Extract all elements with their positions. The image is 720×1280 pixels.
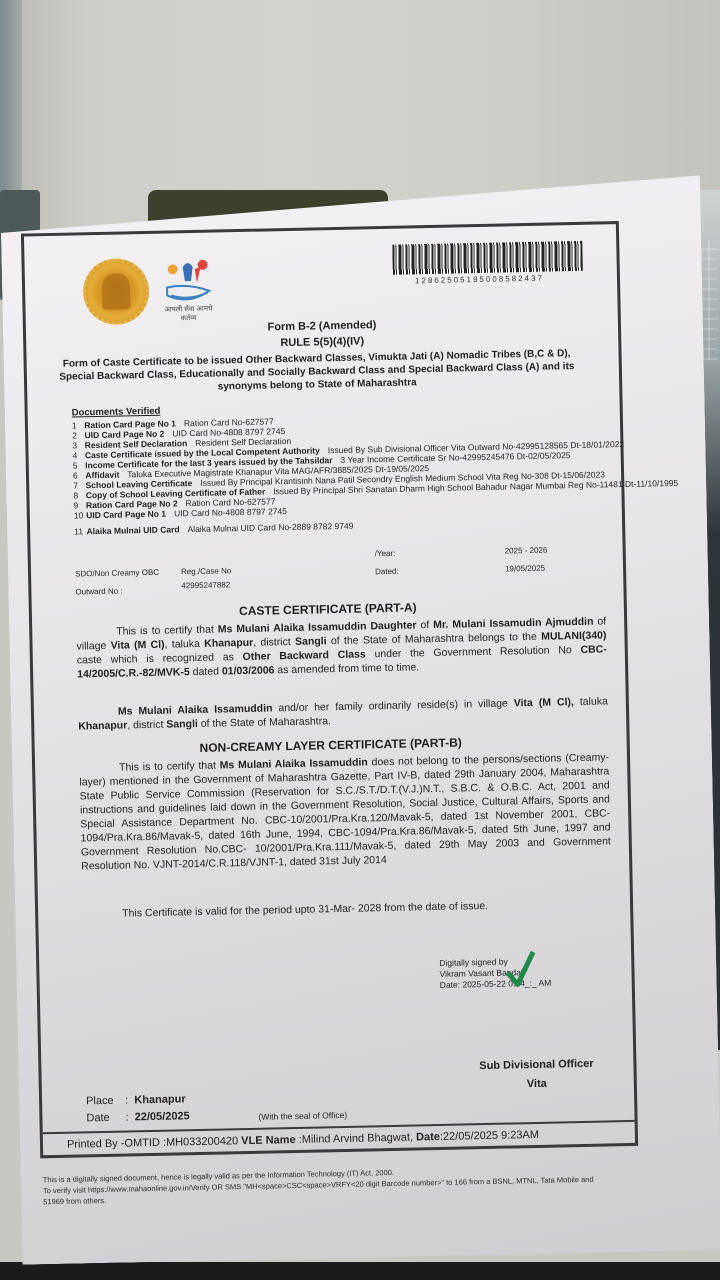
reg-label: Reg./Case No	[181, 566, 231, 576]
documents-verified-list: 1 Ration Card Page No 1Ration Card No-62…	[72, 409, 614, 536]
dated-label: Dated:	[375, 567, 399, 576]
aaple-sarkar-logo-icon: आपली सेवा आमचे कर्तव्य	[162, 257, 213, 328]
certificate-paper: आपली सेवा आमचे कर्तव्य 12862505195008582…	[0, 175, 720, 1264]
part-b-paragraph: This is to certify that Ms Mulani Alaika…	[79, 750, 611, 873]
dated-value: 19/05/2025	[505, 564, 545, 574]
form-description: Form of Caste Certificate to be issued O…	[57, 347, 578, 397]
outward-label: Outward No :	[75, 587, 122, 597]
year-value: 2025 - 2026	[505, 546, 548, 556]
maharashtra-seal-icon	[82, 258, 149, 325]
certificate-meta: /Year: 2025 - 2026 SDO/Non Creamy OBC Re…	[75, 545, 596, 598]
table-surface	[0, 1262, 720, 1280]
seal-note: (With the seal of Office)	[258, 1110, 347, 1122]
officer-designation: Sub Divisional Officer Vita	[461, 1054, 612, 1095]
certificate-border: आपली सेवा आमचे कर्तव्य 12862505195008582…	[21, 221, 638, 1158]
barcode-number: 12862505195008582437	[415, 273, 585, 286]
documents-verified-heading: Documents Verified	[72, 406, 161, 419]
verification-footer: This is a digitally signed document, hen…	[43, 1160, 720, 1207]
barcode	[392, 241, 583, 275]
validity-text: This Certificate is valid for the period…	[82, 896, 612, 921]
outward-value: 42995247882	[181, 580, 230, 590]
part-a-paragraph-2: Ms Mulani Alaika Issamuddin and/or her f…	[78, 694, 608, 733]
issue-place-date: Place : Khanapur Date : 22/05/2025	[86, 1091, 190, 1127]
green-check-icon	[505, 948, 536, 989]
year-label: /Year:	[375, 549, 396, 558]
type-label: SDO/Non Creamy OBC	[75, 568, 159, 579]
part-a-paragraph-1: This is to certify that Ms Mulani Alaika…	[76, 614, 607, 681]
